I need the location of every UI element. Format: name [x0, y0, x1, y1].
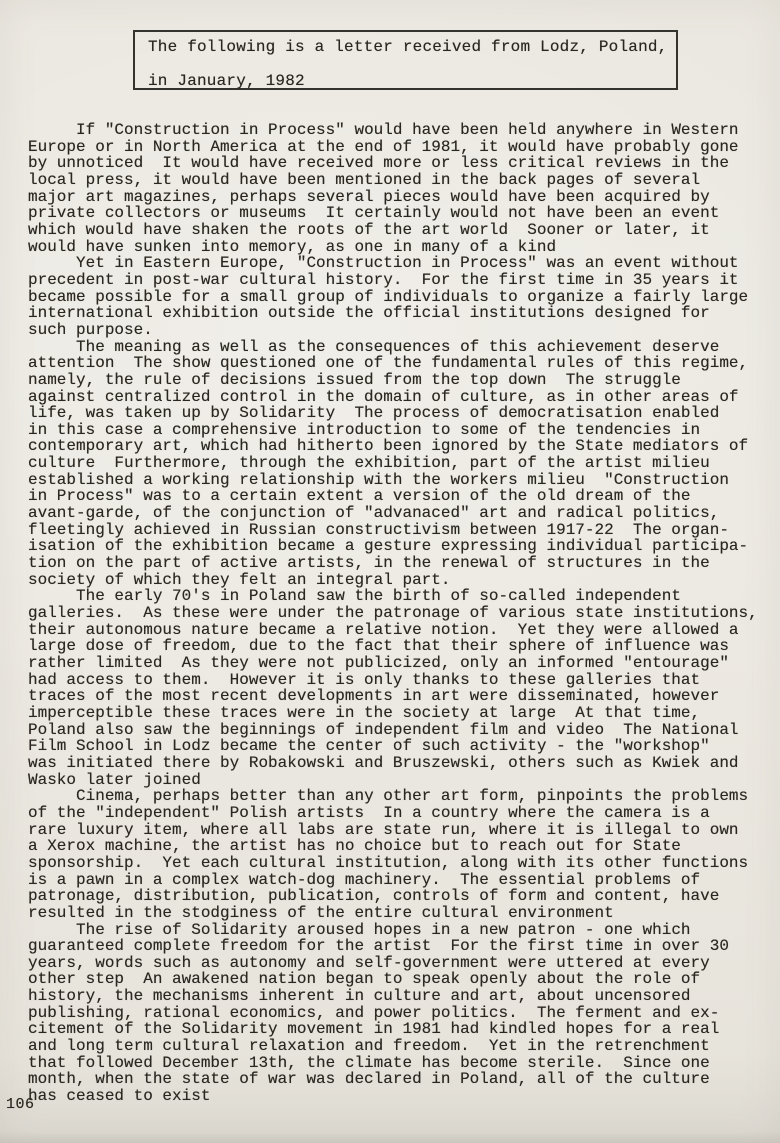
page-number: 106 [6, 1096, 35, 1113]
paragraph-galleries: The early 70's in Poland saw the birth o… [28, 588, 776, 788]
header-line-2: in January, 1982 [148, 73, 676, 90]
document-page: The following is a letter received from … [0, 0, 780, 1143]
header-line-1: The following is a letter received from … [148, 39, 676, 56]
paragraph-cinema: Cinema, perhaps better than any other ar… [28, 788, 776, 921]
letter-body: If "Construction in Process" would have … [28, 122, 776, 1105]
paragraph-meaning: The meaning as well as the consequences … [28, 339, 776, 589]
header-box: The following is a letter received from … [133, 30, 678, 90]
paragraph-intro: If "Construction in Process" would have … [28, 122, 776, 255]
paragraph-solidarity: The rise of Solidarity aroused hopes in … [28, 922, 776, 1105]
paragraph-eastern-europe: Yet in Eastern Europe, "Construction in … [28, 255, 776, 338]
